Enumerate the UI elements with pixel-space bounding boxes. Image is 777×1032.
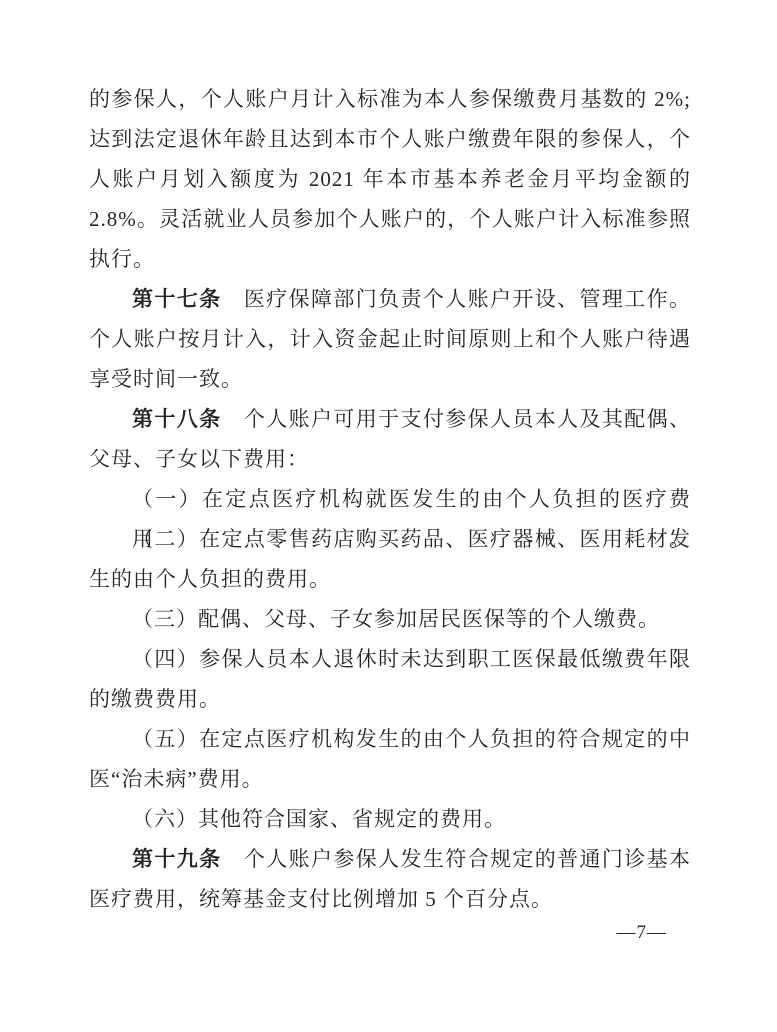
text-line: 的缴费费用。 (89, 679, 691, 719)
text-line: 医“治未病”费用。 (89, 759, 691, 799)
line-text: 人账户月划入额度为 2021 年本市基本养老金月平均金额的 (89, 167, 691, 191)
document-text-block: 的参保人，个人账户月计入标准为本人参保缴费月基数的 2%; 达到法定退休年龄且达… (89, 79, 691, 919)
article-number: 第十九条 (132, 848, 222, 871)
text-line-item-5: （五）在定点医疗机构发生的由个人负担的符合规定的中 (89, 719, 691, 759)
text-line-item-1: （一）在定点医疗机构就医发生的由个人负担的医疗费用。 (89, 479, 691, 519)
text-line: 的参保人，个人账户月计入标准为本人参保缴费月基数的 2%; (89, 79, 691, 119)
text-line-article-19: 第十九条 个人账户参保人发生符合规定的普通门诊基本 (89, 839, 691, 879)
article-number: 第十七条 (132, 288, 222, 311)
line-text: 医疗保障部门负责个人账户开设、管理工作。 (222, 287, 692, 311)
text-line-item-3: （三）配偶、父母、子女参加居民医保等的个人缴费。 (89, 599, 691, 639)
article-number: 第十八条 (132, 408, 222, 431)
line-text: （三）配偶、父母、子女参加居民医保等的个人缴费。 (132, 607, 660, 631)
line-text: 医“治未病”费用。 (89, 767, 264, 791)
text-line: 医疗费用，统筹基金支付比例增加 5 个百分点。 (89, 879, 691, 919)
line-text: 个人账户参保人发生符合规定的普通门诊基本 (222, 847, 692, 871)
text-line-article-17: 第十七条 医疗保障部门负责个人账户开设、管理工作。 (89, 279, 691, 319)
page-number: —7— (617, 920, 668, 946)
line-text: （五）在定点医疗机构发生的由个人负担的符合规定的中 (132, 727, 691, 751)
line-text: 医疗费用，统筹基金支付比例增加 5 个百分点。 (89, 887, 553, 911)
text-line: 享受时间一致。 (89, 359, 691, 399)
text-line: 个人账户按月计入，计入资金起止时间原则上和个人账户待遇 (89, 319, 691, 359)
text-line-article-18: 第十八条 个人账户可用于支付参保人员本人及其配偶、 (89, 399, 691, 439)
text-line-item-6: （六）其他符合国家、省规定的费用。 (89, 799, 691, 839)
line-text: 的缴费费用。 (89, 687, 221, 711)
text-line: 2.8%。灵活就业人员参加个人账户的，个人账户计入标准参照 (89, 199, 691, 239)
line-text: 个人账户按月计入，计入资金起止时间原则上和个人账户待遇 (89, 327, 691, 351)
text-line: 达到法定退休年龄且达到本市个人账户缴费年限的参保人，个 (89, 119, 691, 159)
text-line: 执行。 (89, 239, 691, 279)
line-text: 个人账户可用于支付参保人员本人及其配偶、 (222, 407, 692, 431)
line-text: 的参保人，个人账户月计入标准为本人参保缴费月基数的 2%; (89, 87, 691, 111)
text-line: 生的由个人负担的费用。 (89, 559, 691, 599)
text-line-item-4: （四）参保人员本人退休时未达到职工医保最低缴费年限 (89, 639, 691, 679)
line-text: 2.8%。灵活就业人员参加个人账户的，个人账户计入标准参照 (89, 207, 691, 231)
line-text: 享受时间一致。 (89, 367, 243, 391)
line-text: 父母、子女以下费用： (89, 447, 309, 471)
line-text: 生的由个人负担的费用。 (89, 567, 331, 591)
text-line-item-2: （二）在定点零售药店购买药品、医疗器械、医用耗材发 (89, 519, 691, 559)
text-line: 父母、子女以下费用： (89, 439, 691, 479)
text-line: 人账户月划入额度为 2021 年本市基本养老金月平均金额的 (89, 159, 691, 199)
document-page: 的参保人，个人账户月计入标准为本人参保缴费月基数的 2%; 达到法定退休年龄且达… (0, 0, 777, 1032)
line-text: 执行。 (89, 247, 155, 271)
line-text: （二）在定点零售药店购买药品、医疗器械、医用耗材发 (132, 527, 691, 551)
line-text: （六）其他符合国家、省规定的费用。 (132, 807, 506, 831)
line-text: （四）参保人员本人退休时未达到职工医保最低缴费年限 (132, 647, 691, 671)
line-text: 达到法定退休年龄且达到本市个人账户缴费年限的参保人，个 (89, 127, 691, 151)
